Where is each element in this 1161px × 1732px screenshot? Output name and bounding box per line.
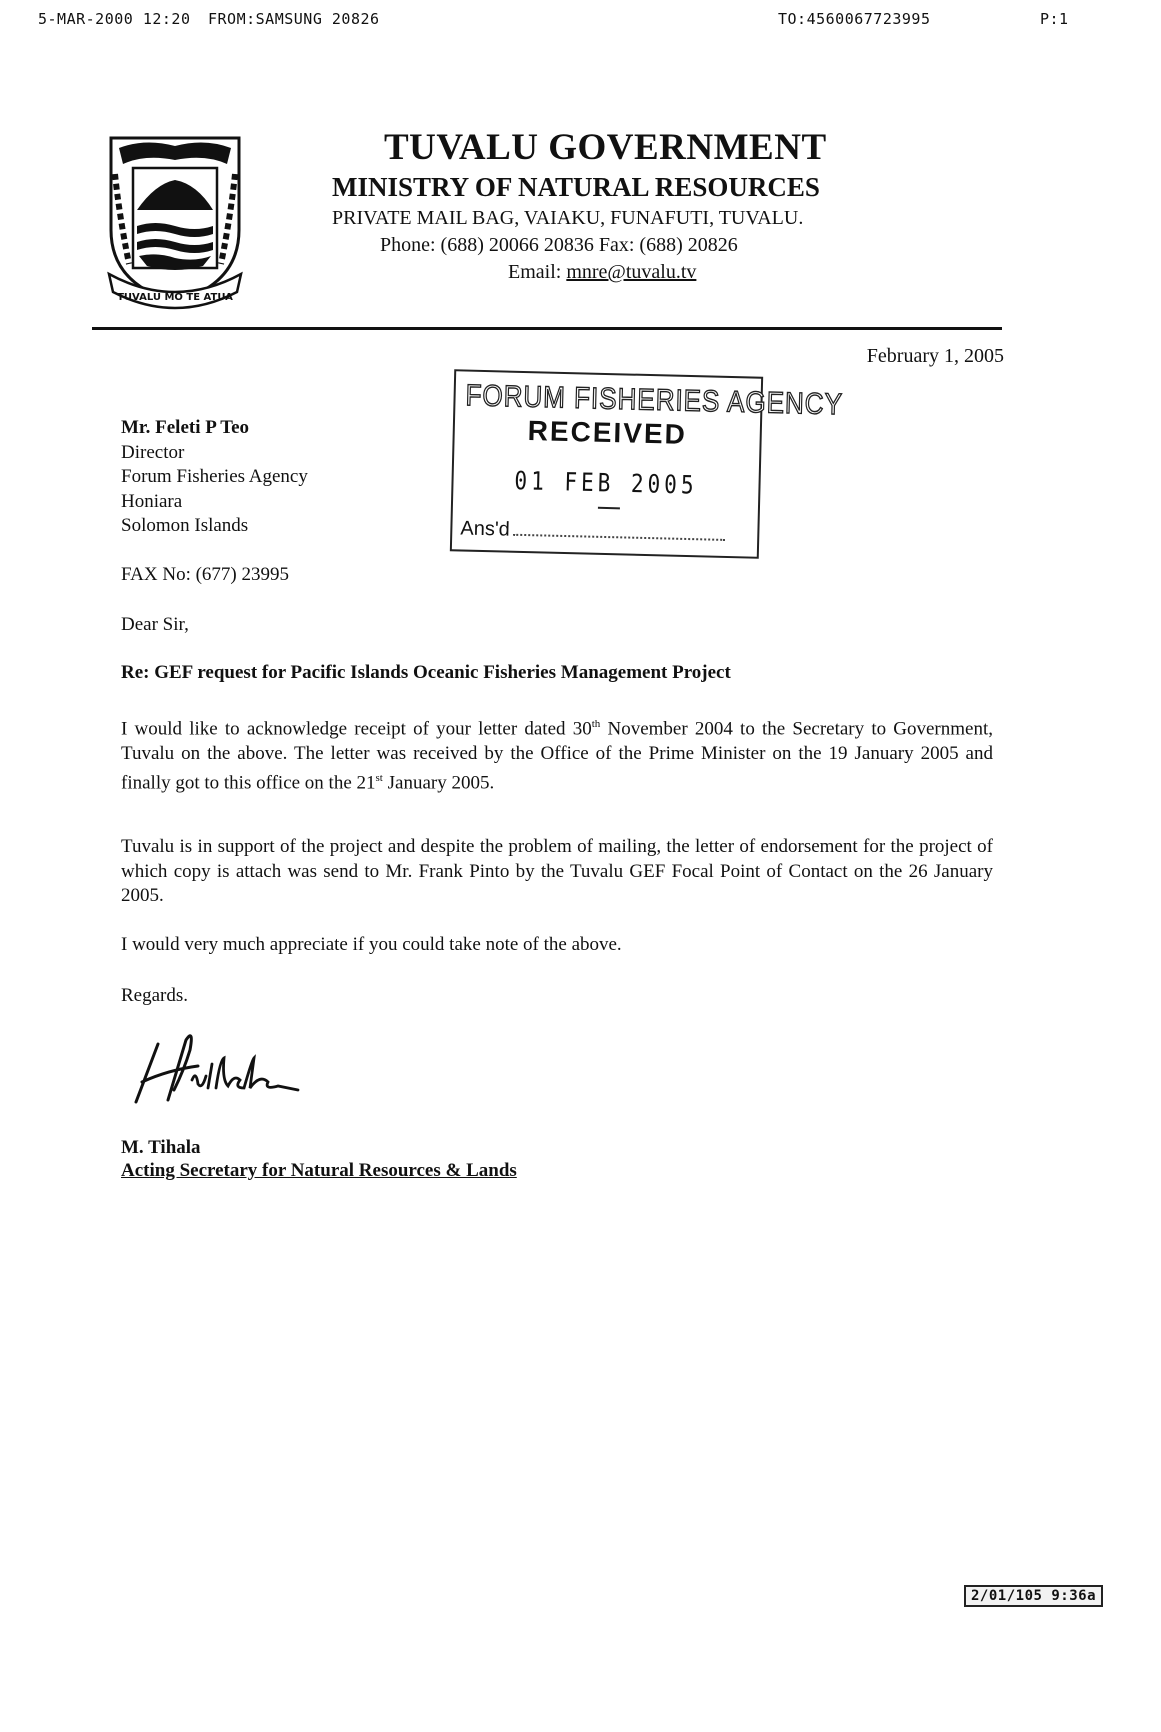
subject-line: Re: GEF request for Pacific Islands Ocea… xyxy=(121,662,731,684)
stamp-ansd: Ans'd xyxy=(460,517,726,546)
email-label: Email: xyxy=(508,261,566,283)
fax-from: FROM:SAMSUNG 20826 xyxy=(208,10,380,28)
signature-icon xyxy=(128,1030,338,1110)
email-link[interactable]: mnre@tuvalu.tv xyxy=(566,261,696,283)
svg-text:TUVALU MO TE ATUA: TUVALU MO TE ATUA xyxy=(117,292,233,303)
letter-date: February 1, 2005 xyxy=(867,345,1004,368)
letterhead-phone: Phone: (688) 20066 20836 Fax: (688) 2082… xyxy=(380,234,738,257)
p1-text: I would like to acknowledge receipt of y… xyxy=(121,718,592,739)
stamp-dash xyxy=(598,507,620,510)
footer-received-stamp: 2/01/105 9:36a xyxy=(964,1585,1103,1607)
signer-name: M. Tihala xyxy=(121,1137,201,1159)
fax-page: P:1 xyxy=(1040,10,1069,28)
body-paragraph: I would very much appreciate if you coul… xyxy=(121,933,993,958)
stamp-date: 01 FEB 2005 xyxy=(453,465,759,501)
fax-timestamp: 5-MAR-2000 12:20 xyxy=(38,10,191,28)
letterhead-title: TUVALU GOVERNMENT xyxy=(384,126,827,169)
received-stamp: FORUM FISHERIES AGENCY RECEIVED 01 FEB 2… xyxy=(450,369,763,558)
p1-ordinal: st xyxy=(376,772,383,784)
fax-to: TO:4560067723995 xyxy=(778,10,931,28)
recipient-address: Mr. Feleti P Teo Director Forum Fisherie… xyxy=(121,416,308,539)
recipient-fax: FAX No: (677) 23995 xyxy=(121,564,289,586)
letterhead-address: PRIVATE MAIL BAG, VAIAKU, FUNAFUTI, TUVA… xyxy=(332,207,803,230)
body-paragraph: Tuvalu is in support of the project and … xyxy=(121,835,993,909)
tuvalu-crest-icon: TUVALU MO TE ATUA xyxy=(105,134,245,312)
recipient-line: Director xyxy=(121,441,308,466)
letterhead-email: Email: mnre@tuvalu.tv xyxy=(508,261,696,284)
stamp-ansd-line xyxy=(514,534,726,541)
body-paragraph: I would like to acknowledge receipt of y… xyxy=(121,712,993,796)
recipient-line: Forum Fisheries Agency xyxy=(121,465,308,490)
closing: Regards. xyxy=(121,985,188,1007)
p1-text: January 2005. xyxy=(383,773,494,794)
recipient-line: Honiara xyxy=(121,490,308,515)
stamp-status: RECEIVED xyxy=(454,413,760,452)
stamp-ansd-label: Ans'd xyxy=(460,517,510,540)
letterhead-ministry: MINISTRY OF NATURAL RESOURCES xyxy=(332,172,820,203)
letterhead-divider xyxy=(92,327,1002,330)
salutation: Dear Sir, xyxy=(121,614,189,636)
signer-title: Acting Secretary for Natural Resources &… xyxy=(121,1160,517,1182)
recipient-line: Solomon Islands xyxy=(121,514,308,539)
p1-ordinal: th xyxy=(592,718,601,730)
recipient-name: Mr. Feleti P Teo xyxy=(121,416,308,441)
